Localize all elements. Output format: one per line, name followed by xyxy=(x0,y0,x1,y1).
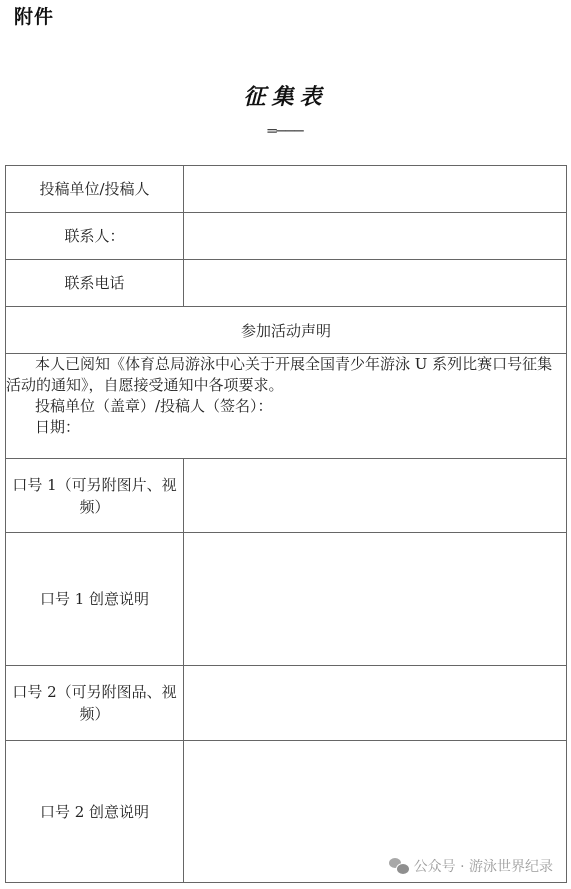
form-subtitle-dashes: ═─── xyxy=(0,122,571,140)
wechat-icon xyxy=(389,858,409,874)
date-line: 日期： xyxy=(6,417,566,438)
field-label-slogan-1-explanation: 口号 1 创意说明 xyxy=(6,533,184,666)
field-label-submitter: 投稿单位/投稿人 xyxy=(6,166,184,213)
submission-form-table: 投稿单位/投稿人 联系人： 联系电话 参加活动声明 本人已阅知《体育总局游泳中心… xyxy=(5,165,567,883)
table-row: 本人已阅知《体育总局游泳中心关于开展全国青少年游泳 U 系列比赛口号征集活动的通… xyxy=(6,354,567,459)
field-label-phone: 联系电话 xyxy=(6,260,184,307)
field-input-slogan-1[interactable] xyxy=(184,459,567,533)
form-title: 征集表 xyxy=(0,80,571,111)
watermark-text: 公众号 · 游泳世界纪录 xyxy=(414,856,553,876)
table-row: 口号 1（可另附图片、视频） xyxy=(6,459,567,533)
declaration-text: 本人已阅知《体育总局游泳中心关于开展全国青少年游泳 U 系列比赛口号征集活动的通… xyxy=(6,354,566,396)
table-row: 联系人： xyxy=(6,213,567,260)
field-input-slogan-2[interactable] xyxy=(184,666,567,741)
table-row: 口号 2（可另附图品、视频） xyxy=(6,666,567,741)
section-title-declaration: 参加活动声明 xyxy=(6,307,567,354)
wechat-watermark: 公众号 · 游泳世界纪录 xyxy=(389,856,553,876)
table-row: 参加活动声明 xyxy=(6,307,567,354)
field-label-slogan-1: 口号 1（可另附图片、视频） xyxy=(6,459,184,533)
field-label-slogan-2-explanation: 口号 2 创意说明 xyxy=(6,741,184,883)
attachment-label: 附件 xyxy=(14,2,54,29)
signature-line: 投稿单位（盖章）/投稿人（签名）： xyxy=(6,396,566,417)
table-row: 投稿单位/投稿人 xyxy=(6,166,567,213)
field-label-slogan-2: 口号 2（可另附图品、视频） xyxy=(6,666,184,741)
table-row: 联系电话 xyxy=(6,260,567,307)
field-input-submitter[interactable] xyxy=(184,166,567,213)
field-input-phone[interactable] xyxy=(184,260,567,307)
field-input-contact[interactable] xyxy=(184,213,567,260)
field-input-slogan-1-explanation[interactable] xyxy=(184,533,567,666)
table-row: 口号 1 创意说明 xyxy=(6,533,567,666)
declaration-cell: 本人已阅知《体育总局游泳中心关于开展全国青少年游泳 U 系列比赛口号征集活动的通… xyxy=(6,354,567,459)
field-label-contact: 联系人： xyxy=(6,213,184,260)
